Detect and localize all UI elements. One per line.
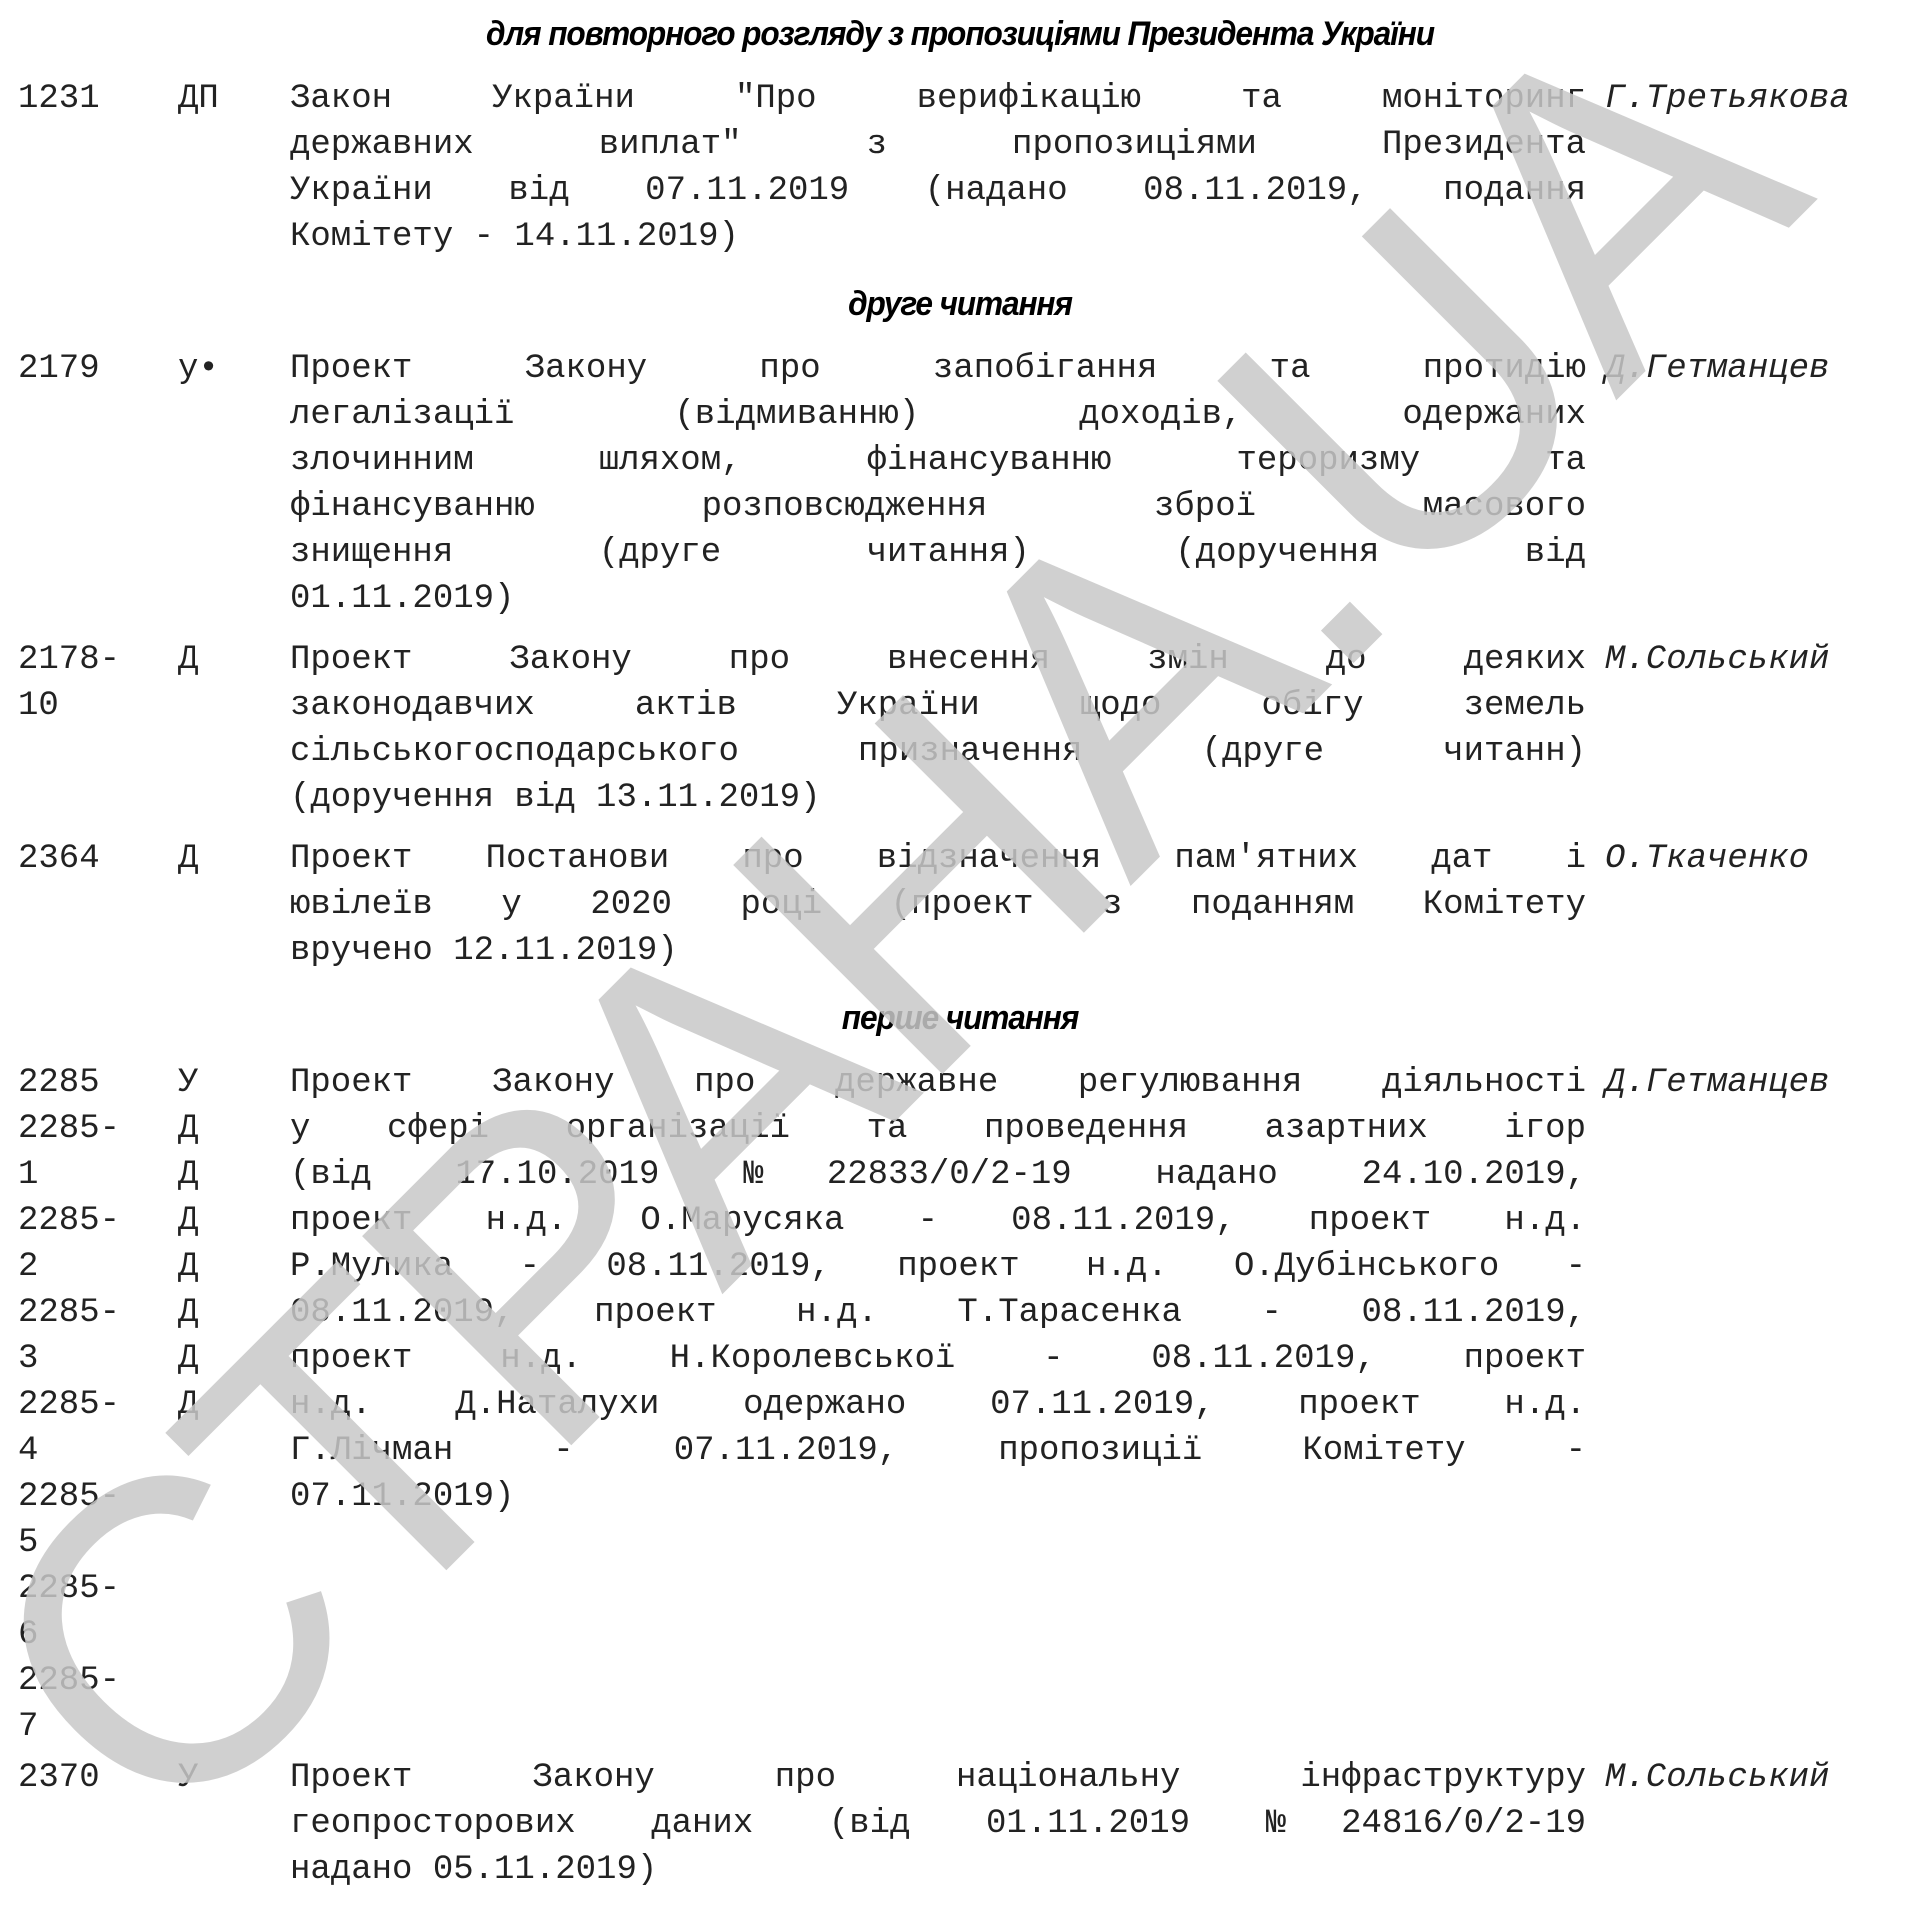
bill-description: Проект Закону про державне регулювання д… (290, 1060, 1586, 1520)
description-line: н.д. Д.Наталухи одержано 07.11.2019, про… (290, 1382, 1586, 1428)
description-line: України від 07.11.2019 (надано 08.11.201… (290, 168, 1586, 214)
description-line: фінансуванню розповсюдження зброї масово… (290, 484, 1586, 530)
bill-description: Проект Постанови про відзначення пам'ятн… (290, 836, 1586, 974)
bill-type: ДП (178, 76, 278, 122)
description-line: надано 05.11.2019) (290, 1847, 1586, 1893)
bill-number: 2285 2285- 1 2285- 2 2285- 3 2285- 4 228… (18, 1060, 168, 1750)
rapporteur: М.Сольський (1605, 637, 1829, 683)
rapporteur: Д.Гетманцев (1605, 1060, 1829, 1106)
description-line: сільськогосподарського призначення (друг… (290, 729, 1586, 775)
bill-description: Проект Закону про запобігання та протиді… (290, 346, 1586, 622)
description-line: Проект Закону про внесення змін до деяки… (290, 637, 1586, 683)
description-line: 01.11.2019) (290, 576, 1586, 622)
bill-number: 2178- 10 (18, 637, 168, 729)
description-line: Проект Закону про державне регулювання д… (290, 1060, 1586, 1106)
description-line: вручено 12.11.2019) (290, 928, 1586, 974)
description-line: Проект Закону про запобігання та протиді… (290, 346, 1586, 392)
bill-description: Проект Закону про національну інфраструк… (290, 1755, 1586, 1893)
description-line: державних виплат" з пропозиціями Президе… (290, 122, 1586, 168)
description-line: злочинним шляхом, фінансуванню тероризму… (290, 438, 1586, 484)
bill-number: 2179 (18, 346, 168, 392)
description-line: ювілеїв у 2020 році (проект з поданням К… (290, 882, 1586, 928)
rapporteur: О.Ткаченко (1605, 836, 1809, 882)
bill-description: Закон України "Про верифікацію та моніто… (290, 76, 1586, 260)
description-line: знищення (друге читання) (доручення від (290, 530, 1586, 576)
rapporteur: М.Сольський (1605, 1755, 1829, 1801)
bill-type: Д (178, 637, 278, 683)
description-line: Г.Лічман - 07.11.2019, пропозиції Коміте… (290, 1428, 1586, 1474)
bill-type: Д (178, 836, 278, 882)
bill-description: Проект Закону про внесення змін до деяки… (290, 637, 1586, 821)
description-line: Проект Постанови про відзначення пам'ятн… (290, 836, 1586, 882)
section-heading-reconsideration: для повторного розгляду з пропозиціями П… (67, 14, 1853, 54)
description-line: (доручення від 13.11.2019) (290, 775, 1586, 821)
section-heading-second-reading: друге читання (67, 284, 1853, 324)
bill-type: У Д Д Д Д Д Д Д (178, 1060, 278, 1428)
description-line: Проект Закону про національну інфраструк… (290, 1755, 1586, 1801)
description-line: 07.11.2019) (290, 1474, 1586, 1520)
description-line: у сфері організації та проведення азартн… (290, 1106, 1586, 1152)
rapporteur: Д.Гетманцев (1605, 346, 1829, 392)
description-line: геопросторових даних (від 01.11.2019 №24… (290, 1801, 1586, 1847)
description-line: легалізації (відмиванню) доходів, одержа… (290, 392, 1586, 438)
bill-number: 2370 (18, 1755, 168, 1801)
description-line: 08.11.2019, проект н.д. Т.Тарасенка - 08… (290, 1290, 1586, 1336)
description-line: законодавчих актів України щодо обігу зе… (290, 683, 1586, 729)
description-line: проект н.д. О.Марусяка - 08.11.2019, про… (290, 1198, 1586, 1244)
description-line: (від 17.10.2019 №22833/0/2-19 надано 24.… (290, 1152, 1586, 1198)
rapporteur: Г.Третьякова (1605, 76, 1850, 122)
bill-number: 1231 (18, 76, 168, 122)
bill-type: У (178, 1755, 278, 1801)
description-line: Закон України "Про верифікацію та моніто… (290, 76, 1586, 122)
bill-number: 2364 (18, 836, 168, 882)
description-line: Р.Мулика - 08.11.2019, проект н.д. О.Дуб… (290, 1244, 1586, 1290)
bill-type: у• (178, 346, 278, 392)
section-heading-first-reading: перше читання (67, 998, 1853, 1038)
description-line: проект н.д. Н.Королевської - 08.11.2019,… (290, 1336, 1586, 1382)
description-line: Комітету - 14.11.2019) (290, 214, 1586, 260)
